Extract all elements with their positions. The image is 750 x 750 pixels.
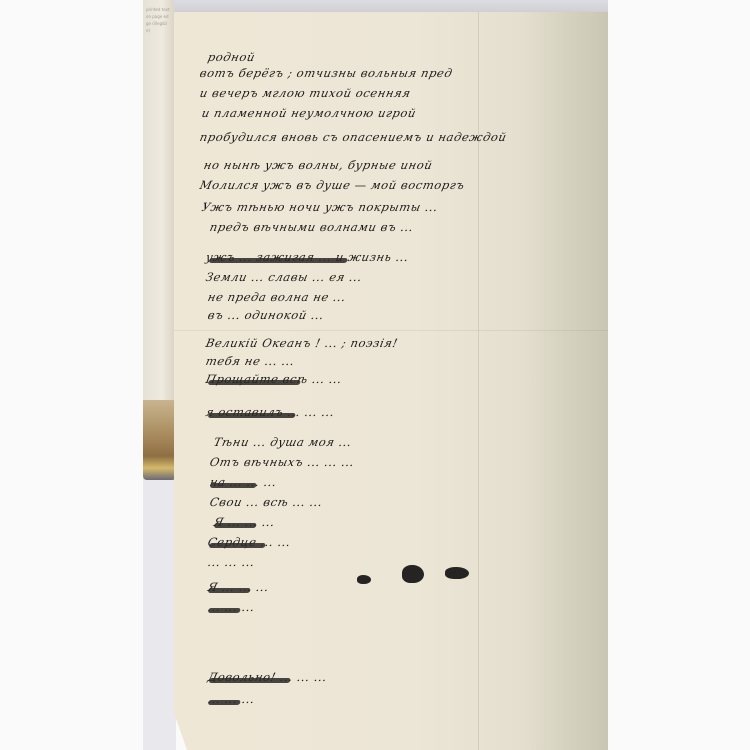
fold-line-horizontal <box>174 330 608 331</box>
manuscript-line: Довольно! ... ... ... <box>207 670 329 684</box>
manuscript-line: родной <box>207 50 257 64</box>
manuscript-line: пробудился вновь съ опасениемъ и надеждо… <box>199 130 509 144</box>
manuscript-line: на ... ... ... <box>209 475 279 489</box>
manuscript-line: и вечеръ мглою тихой осенняя <box>199 86 413 100</box>
manuscript-line: Земли ... славы ... ея ... <box>205 270 364 284</box>
manuscript-line: Я ... ... ... <box>207 580 271 594</box>
manuscript-line: Прощайте всѣ ... ... <box>205 372 344 386</box>
ink-blot <box>357 575 371 584</box>
manuscript-line: ужъ ... зажигая ... и жизнь ... <box>205 250 411 264</box>
manuscript-line: вотъ берёгъ ; отчизны вольныя пред <box>199 66 454 80</box>
manuscript-line: Молился ужъ въ душе — мой восторгъ <box>199 178 467 192</box>
manuscript-line: въ ... одинокой ... <box>207 308 326 322</box>
manuscript-line: Сердце ... ... <box>207 535 293 549</box>
manuscript-line: не преда волна не ... <box>207 290 348 304</box>
manuscript-line: и пламенной неумолчною игрой <box>201 106 418 120</box>
manuscript-line: тебя не ... ... <box>205 354 297 368</box>
manuscript-line: ... ... ... <box>207 555 257 569</box>
manuscript-line: Ужъ тѣнью ночи ужъ покрыты ... <box>201 200 440 214</box>
manuscript-line: Свои ... всѣ ... ... <box>209 495 325 509</box>
fold-line-vertical <box>478 12 479 750</box>
book-gilt-edge <box>143 400 176 480</box>
manuscript-line: Я ... ... ... <box>213 515 277 529</box>
book-base <box>143 480 176 750</box>
manuscript-line: предъ вѣчными волнами въ ... <box>209 220 415 234</box>
manuscript-line: Великій Океанъ ! ... ; поэзія! <box>205 336 400 350</box>
manuscript-line: но нынѣ ужъ волны, бурные иной <box>203 158 434 172</box>
manuscript-line: ... ... ... <box>207 692 257 706</box>
sheet-top-shadow <box>174 0 608 12</box>
book-edge-text: printed text on page edge (illegible) <box>146 6 170 34</box>
manuscript-line: Отъ вѣчныхъ ... ... ... <box>209 455 356 469</box>
manuscript-line: ... ... ... <box>207 600 257 614</box>
manuscript-line: я оставилъ ... ... ... <box>205 405 337 419</box>
ink-blot <box>402 565 424 583</box>
manuscript-line: Тѣни ... душа моя ... <box>213 435 354 449</box>
ink-blot <box>445 567 469 579</box>
